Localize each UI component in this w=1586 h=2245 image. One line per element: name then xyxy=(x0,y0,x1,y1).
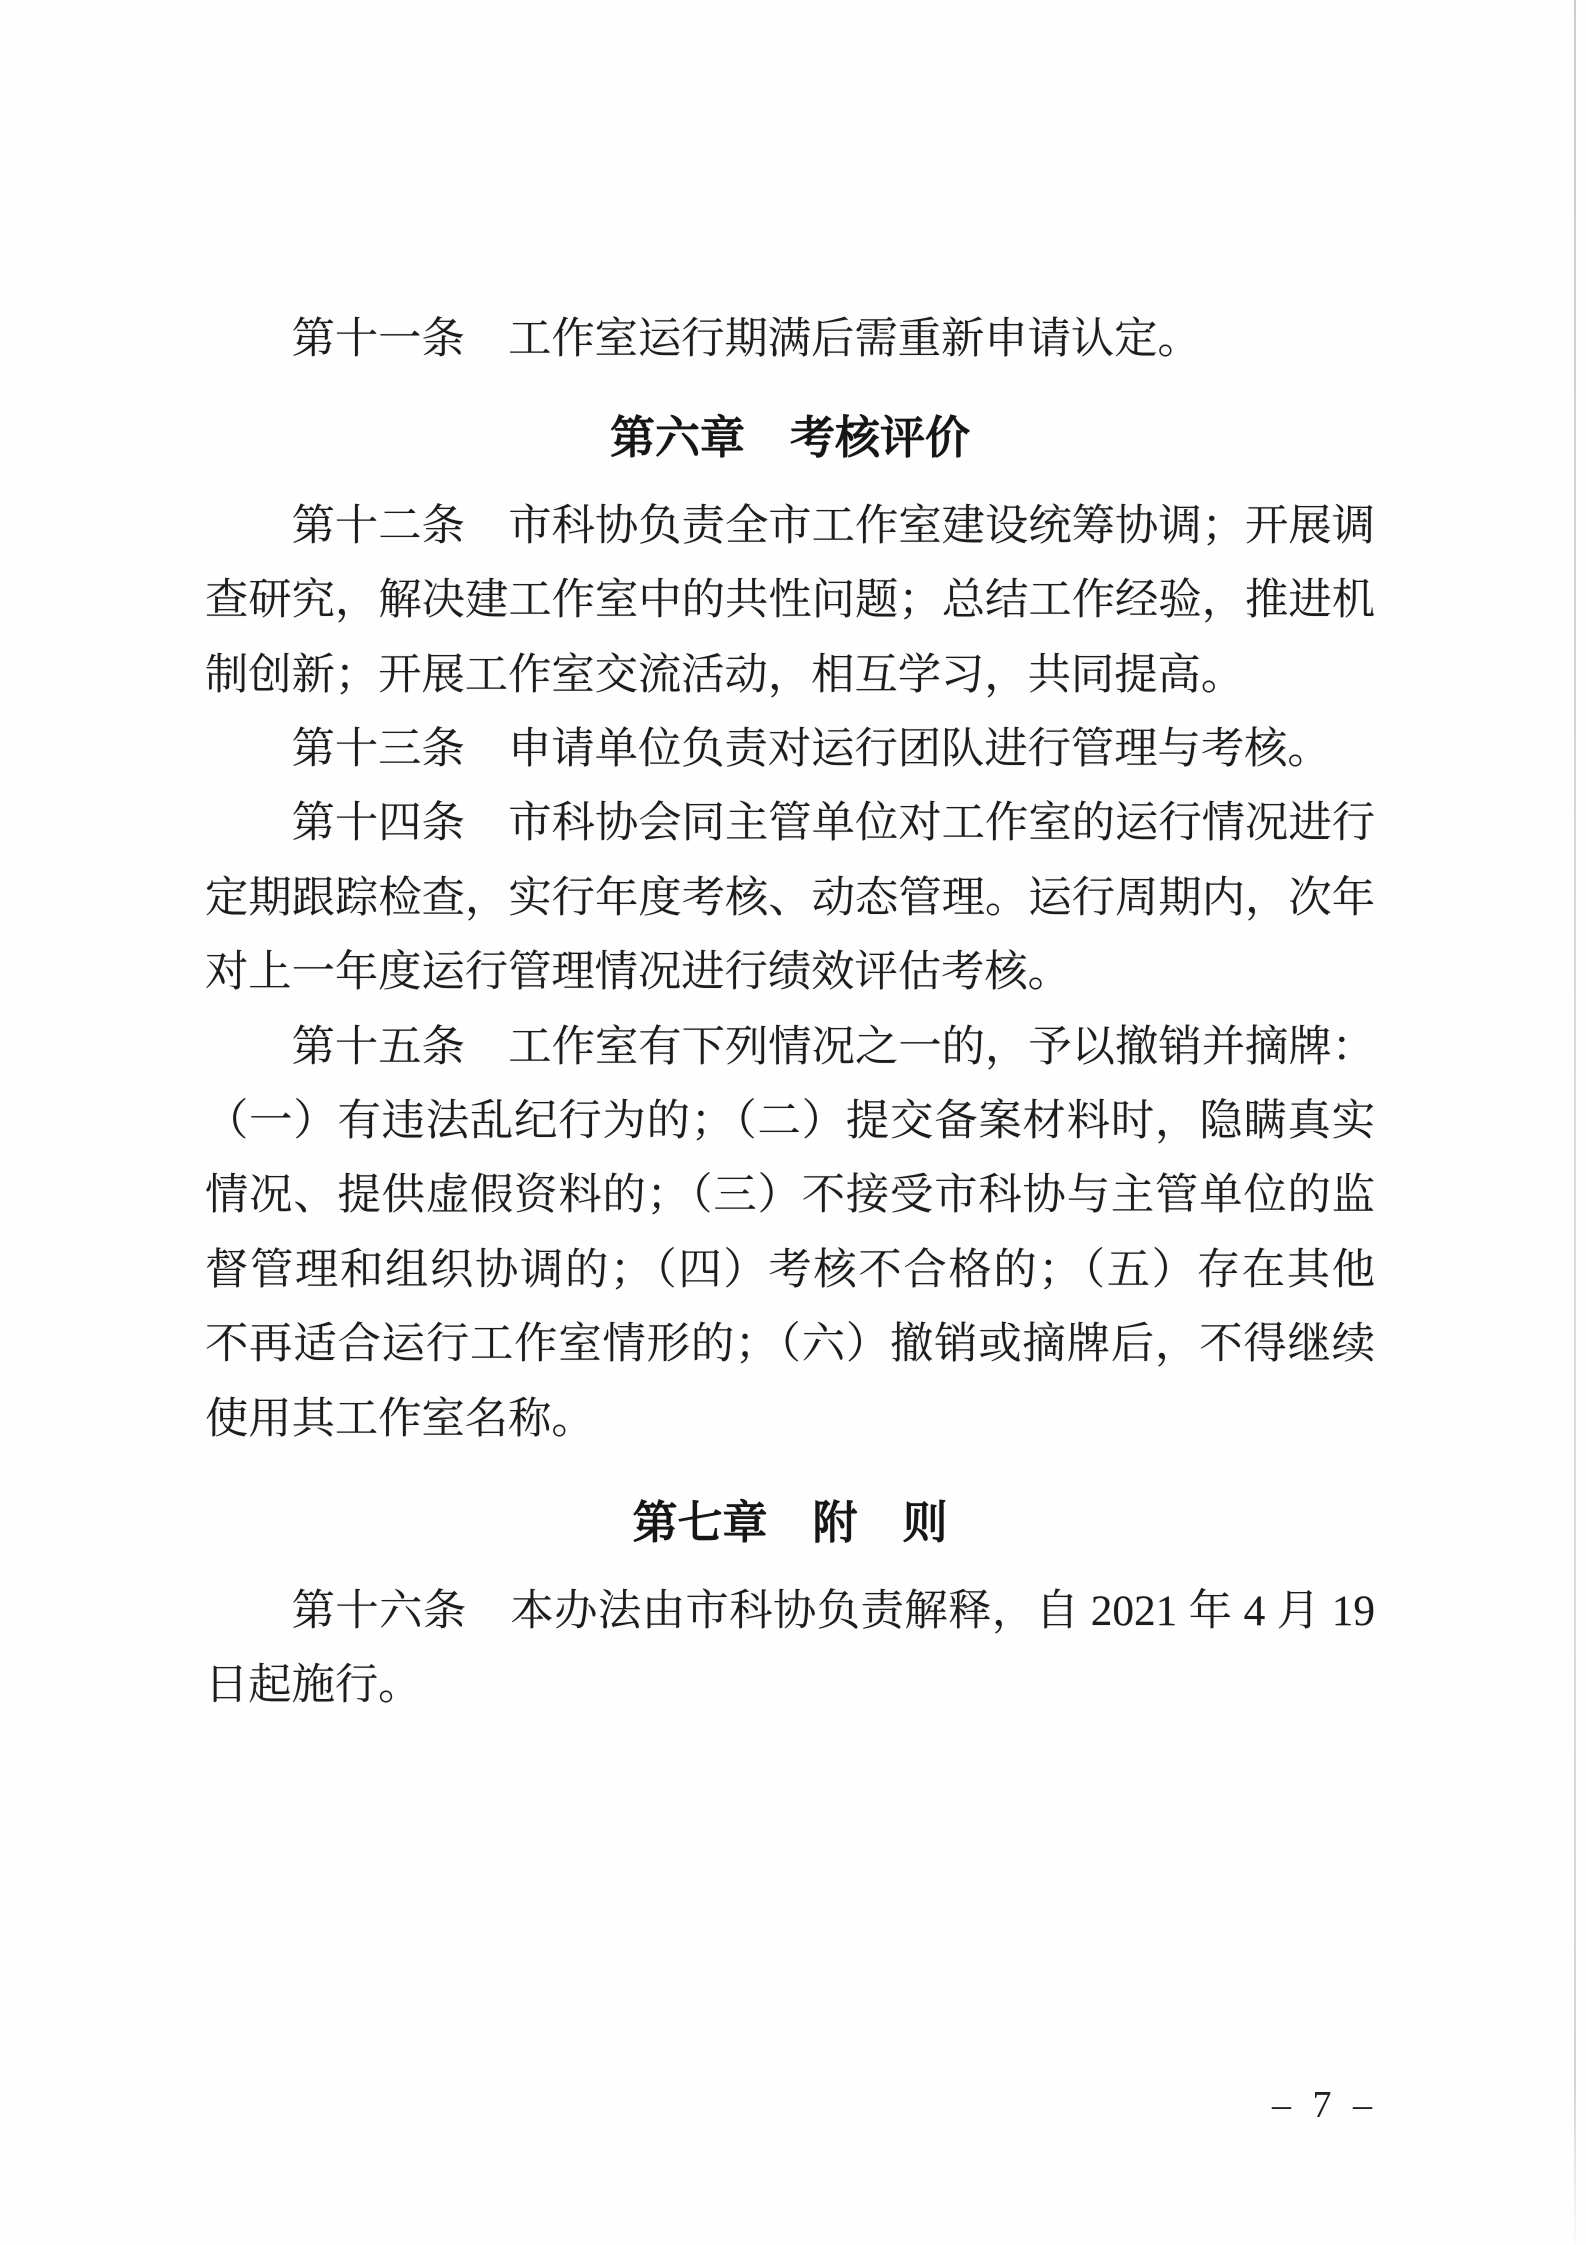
article-15-line-5: 不再适合运行工作室情形的；（六）撤销或摘牌后，不得继续 xyxy=(205,1307,1375,1381)
article-15-line-3: 情况、提供虚假资料的；（三）不接受市科协与主管单位的监 xyxy=(205,1158,1375,1232)
article-15-line-4: 督管理和组织协调的；（四）考核不合格的；（五）存在其他 xyxy=(205,1233,1375,1307)
document-page: 第十一条 工作室运行期满后需重新申请认定。 第六章 考核评价 第十二条 市科协负… xyxy=(0,0,1586,2245)
article-14-line-2: 定期跟踪检查，实行年度考核、动态管理。运行周期内，次年 xyxy=(205,861,1375,935)
article-15-line-6: 使用其工作室名称。 xyxy=(205,1382,1375,1456)
article-15-line-2: （一）有违法乱纪行为的；（二）提交备案材料时，隐瞒真实 xyxy=(205,1084,1375,1158)
article-16-line-2: 日起施行。 xyxy=(205,1648,1375,1722)
chapter-6-heading: 第六章 考核评价 xyxy=(205,401,1375,475)
article-11-text: 第十一条 工作室运行期满后需重新申请认定。 xyxy=(205,302,1375,376)
article-12-line-1: 第十二条 市科协负责全市工作室建设统筹协调；开展调 xyxy=(205,489,1375,563)
article-15-line-1: 第十五条 工作室有下列情况之一的，予以撤销并摘牌： xyxy=(205,1010,1375,1084)
document-body: 第十一条 工作室运行期满后需重新申请认定。 第六章 考核评价 第十二条 市科协负… xyxy=(205,302,1375,1722)
page-number: – 7 – xyxy=(1272,2083,1378,2127)
article-13-text: 第十三条 申请单位负责对运行团队进行管理与考核。 xyxy=(205,712,1375,786)
article-16-line-1: 第十六条 本办法由市科协负责解释，自 2021 年 4 月 19 xyxy=(205,1574,1375,1648)
article-14-line-3: 对上一年度运行管理情况进行绩效评估考核。 xyxy=(205,935,1375,1009)
chapter-7-heading: 第七章 附 则 xyxy=(205,1486,1375,1560)
article-12-line-3: 制创新；开展工作室交流活动，相互学习，共同提高。 xyxy=(205,638,1375,712)
scan-edge-artifact-line xyxy=(1574,0,1576,2245)
article-12-line-2: 查研究，解决建工作室中的共性问题；总结工作经验，推进机 xyxy=(205,563,1375,637)
article-14-line-1: 第十四条 市科协会同主管单位对工作室的运行情况进行 xyxy=(205,786,1375,860)
